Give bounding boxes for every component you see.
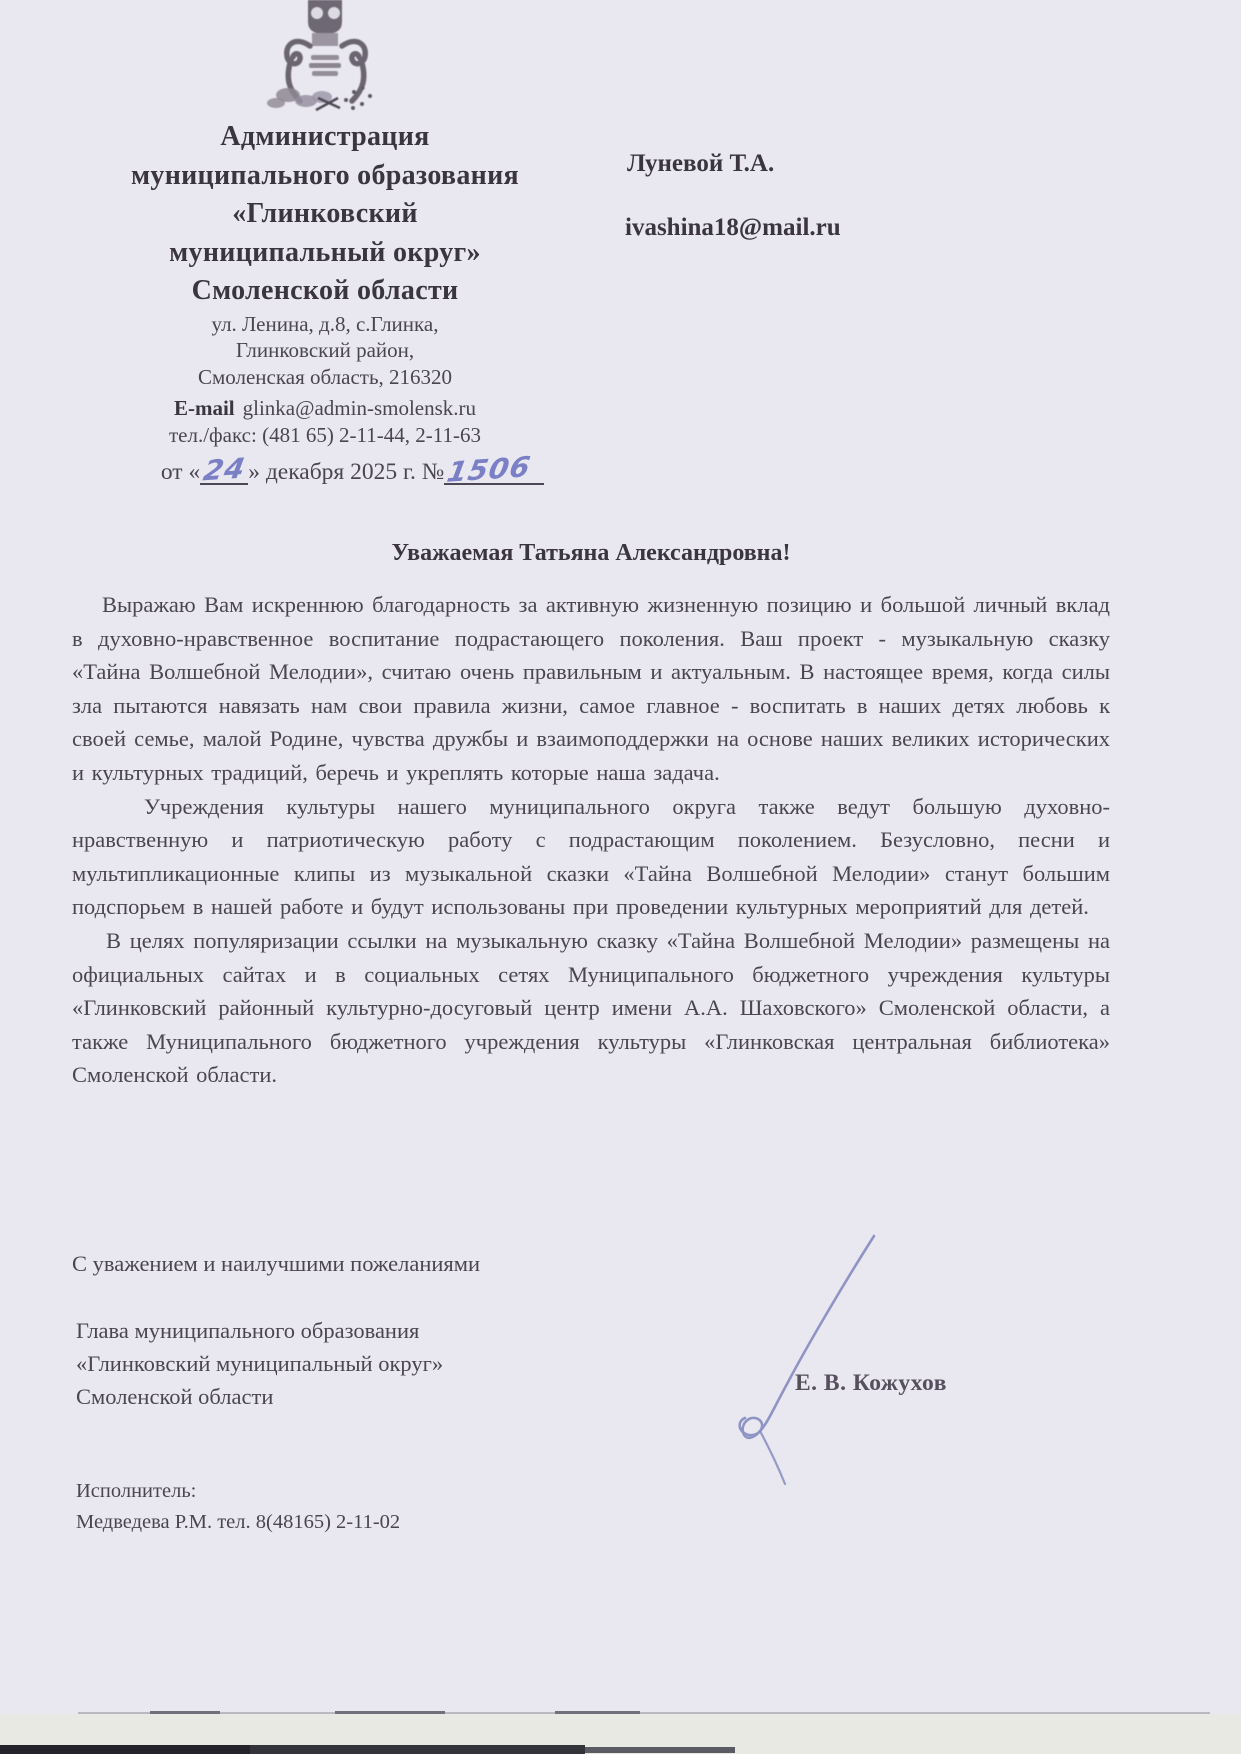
org-email-line: E-mailglinka@admin-smolensk.ru [85,395,565,422]
org-name-line: Смоленской области [85,272,565,311]
email-label: E-mail [174,396,235,420]
date-day-blank: 24 [200,459,248,485]
letter-page: Администрация муниципального образования… [0,0,1241,1754]
org-name-line: «Глинковский [85,195,565,234]
org-name: Администрация муниципального образования… [85,118,565,311]
body-paragraph: Выражаю Вам искреннюю благодарность за а… [72,588,1110,790]
executor-contact: Медведева Р.М. тел. 8(48165) 2-11-02 [76,1507,400,1538]
scan-artifact-bar [0,1745,250,1754]
salutation: Уважаемая Татьяна Александровна! [72,540,1110,567]
body-paragraph: В целях популяризации ссылки на музыкаль… [72,924,1110,1092]
org-address: ул. Ленина, д.8, с.Глинка, Глинковский р… [85,311,565,391]
org-name-line: муниципального образования [85,157,565,196]
scan-artifact-bar [250,1745,585,1754]
doc-number-blank: 1506 [444,459,544,485]
signer-position: Глава муниципального образования «Глинко… [76,1314,443,1414]
date-and-number-line: от «24» декабря 2025 г. №1506 [85,455,565,489]
body-paragraph: Учреждения культуры нашего муниципальног… [72,790,1110,924]
scan-artifact-line-segment [335,1711,445,1714]
executor-block: Исполнитель: Медведева Р.М. тел. 8(48165… [76,1476,400,1538]
org-name-line: Администрация [85,118,565,157]
letter-body: Выражаю Вам искреннюю благодарность за а… [72,588,1110,1092]
email-value: glinka@admin-smolensk.ru [243,396,476,420]
signer-name: Е. В. Кожухов [795,1370,947,1397]
handwritten-doc-number: 1506 [446,456,533,484]
org-address-line: Глинковский район, [85,337,565,364]
org-address-line: ул. Ленина, д.8, с.Глинка, [85,311,565,338]
org-address-line: Смоленская область, 216320 [85,364,565,391]
letterhead: Администрация муниципального образования… [85,118,565,489]
scan-artifact-line [78,1712,1210,1714]
coat-of-arms-icon [258,0,394,112]
recipient-email: ivashina18@mail.ru [625,214,841,242]
recipient-name: Луневой Т.А. [627,150,774,178]
executor-label: Исполнитель: [76,1476,400,1507]
scan-artifact-line-segment [555,1711,640,1714]
handwritten-date-day: 24 [201,458,247,483]
scan-artifact-bar [585,1747,735,1753]
signer-position-line: Смоленской области [76,1380,443,1413]
closing-line: С уважением и наилучшими пожеланиями [72,1251,480,1277]
date-middle: » декабря 2025 г. № [248,459,444,485]
scan-artifact-line-segment [150,1711,220,1714]
signer-position-line: Глава муниципального образования [76,1314,443,1347]
date-prefix: от « [161,459,200,485]
org-phone-line: тел./факс: (481 65) 2-11-44, 2-11-63 [85,422,565,449]
signer-position-line: «Глинковский муниципальный округ» [76,1347,443,1380]
handwritten-signature [688,1232,900,1487]
org-name-line: муниципальный округ» [85,234,565,273]
